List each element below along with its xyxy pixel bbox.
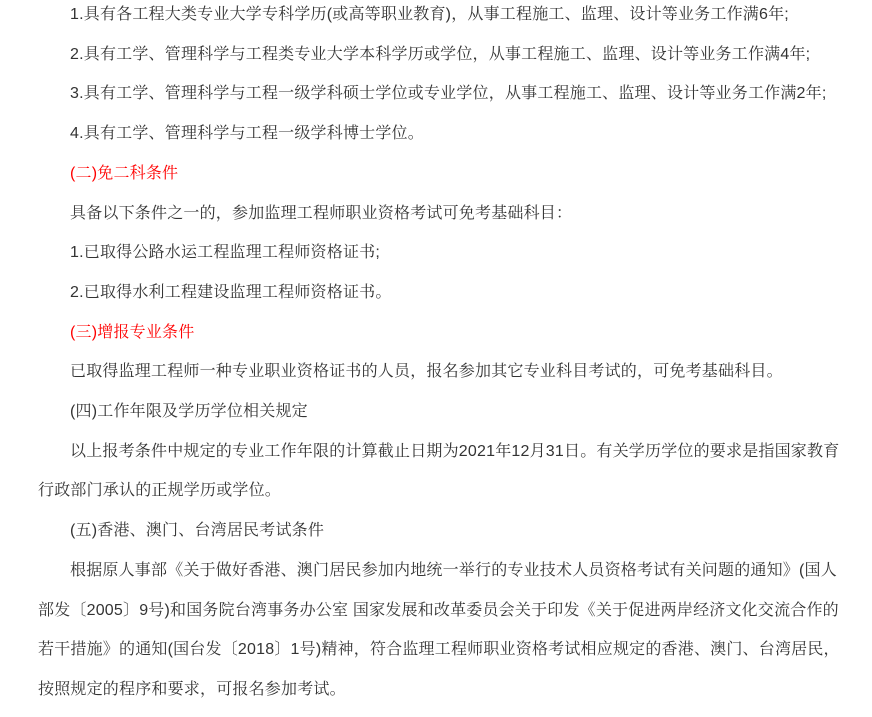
- paragraph-hk-macao-taiwan-detail: 根据原人事部《关于做好香港、澳门居民参加内地统一举行的专业技术人员资格考试有关问…: [38, 551, 850, 710]
- paragraph-additional-specialty: 已取得监理工程师一种专业职业资格证书的人员，报名参加其它专业科目考试的，可免考基…: [38, 352, 850, 392]
- document-body: 1.具有各工程大类专业大学专科学历(或高等职业教育)，从事工程施工、监理、设计等…: [0, 0, 872, 710]
- paragraph-work-years-detail: 以上报考条件中规定的专业工作年限的计算截止日期为2021年12月31日。有关学历…: [38, 432, 850, 511]
- paragraph-exemption-intro: 具备以下条件之一的，参加监理工程师职业资格考试可免考基础科目：: [38, 194, 850, 234]
- section-heading-work-years: (四)工作年限及学历学位相关规定: [38, 392, 850, 432]
- document-page: 1.具有各工程大类专业大学专科学历(或高等职业教育)，从事工程施工、监理、设计等…: [0, 0, 872, 717]
- section-heading-additional-specialty: (三)增报专业条件: [38, 313, 850, 353]
- list-item-degree-3: 3.具有工学、管理科学与工程一级学科硕士学位或专业学位，从事工程施工、监理、设计…: [38, 74, 850, 114]
- list-item-degree-2: 2.具有工学、管理科学与工程类专业大学本科学历或学位，从事工程施工、监理、设计等…: [38, 35, 850, 75]
- section-heading-hk-macao-taiwan: (五)香港、澳门、台湾居民考试条件: [38, 511, 850, 551]
- list-item-certificate-1: 1.已取得公路水运工程监理工程师资格证书;: [38, 233, 850, 273]
- list-item-degree-4: 4.具有工学、管理科学与工程一级学科博士学位。: [38, 114, 850, 154]
- list-item-certificate-2: 2.已取得水利工程建设监理工程师资格证书。: [38, 273, 850, 313]
- list-item-degree-1: 1.具有各工程大类专业大学专科学历(或高等职业教育)，从事工程施工、监理、设计等…: [38, 0, 850, 35]
- section-heading-exemption-two-subjects: (二)免二科条件: [38, 154, 850, 194]
